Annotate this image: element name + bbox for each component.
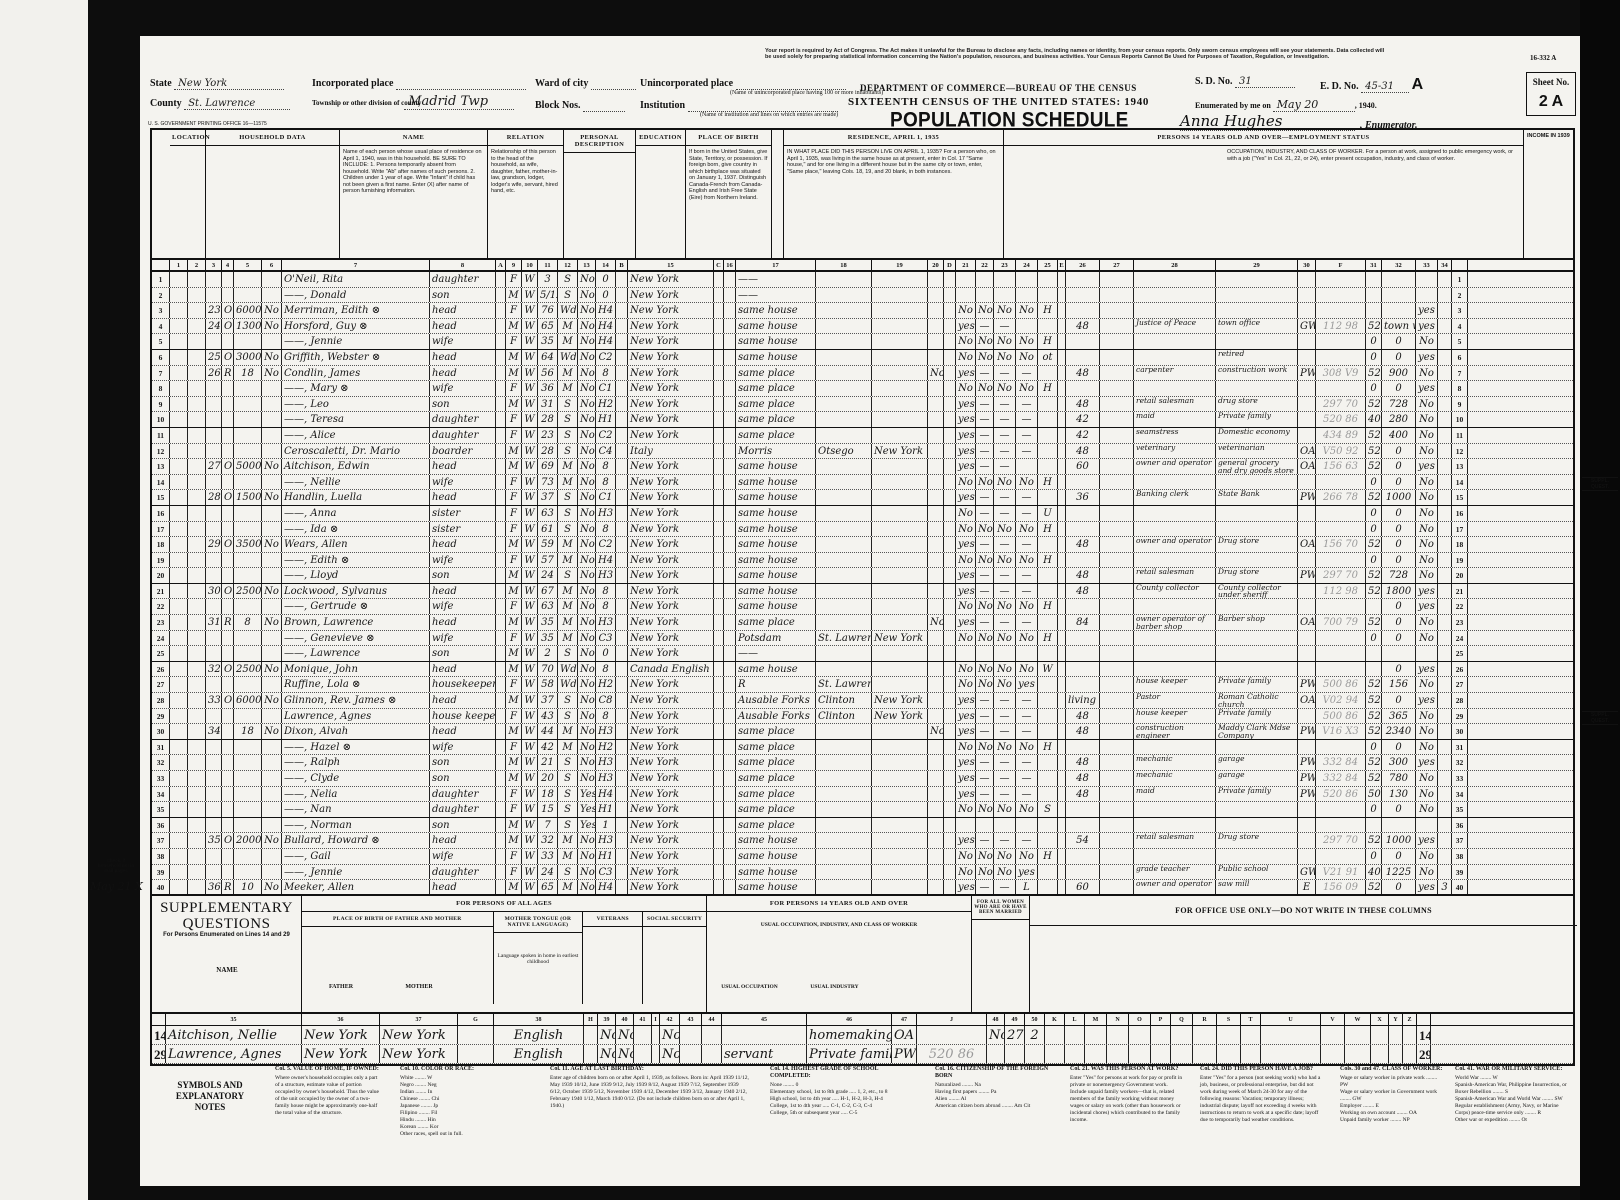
cell-line: 18 <box>1452 537 1468 552</box>
cell-house <box>188 880 206 895</box>
table-row: 9——, LeosonMW31SNoH2New Yorksame placeye… <box>152 397 1573 413</box>
cell-street <box>170 537 188 552</box>
cell-cit <box>724 833 736 848</box>
cell-cit <box>724 631 736 646</box>
cell-line: 4 <box>152 319 170 334</box>
cell-line: 17 <box>152 522 170 537</box>
cell-w22: — <box>976 459 994 474</box>
cell-name: Lockwood, Sylvanus <box>282 584 430 599</box>
cell-codeB <box>616 880 628 895</box>
cell-farm <box>262 475 282 490</box>
cell-sex: M <box>506 880 522 895</box>
cell-marital: S <box>558 397 578 412</box>
cell-codeD <box>944 459 956 474</box>
cell-cit <box>724 381 736 396</box>
column-number: 32 <box>1382 260 1416 270</box>
cell-farmsched <box>1438 802 1452 817</box>
cell-marital: S <box>558 428 578 443</box>
cell-hh: 30 <box>206 584 222 599</box>
cell-w21: No <box>956 506 976 521</box>
cell-line: 5 <box>1452 334 1468 349</box>
cell-name: Handlin, Luella <box>282 490 430 505</box>
cell-hh <box>206 740 222 755</box>
cell-wages: 0 <box>1382 553 1416 568</box>
cell-w25 <box>1038 677 1058 692</box>
cell-value <box>234 849 262 864</box>
cell-race: W <box>522 490 538 505</box>
supp-column-number: W <box>1345 1014 1371 1025</box>
cell-resplace: same house <box>736 490 816 505</box>
cell-w25 <box>1038 288 1058 303</box>
table-row: 39——, JenniedaughterFW24SNoC3New Yorksam… <box>152 865 1573 881</box>
cell-house <box>188 818 206 833</box>
cell-farmsched <box>1438 833 1452 848</box>
cell-industry: saw mill <box>1216 880 1298 895</box>
cell-house <box>188 444 206 459</box>
column-number: 10 <box>522 260 538 270</box>
cell-race: W <box>522 288 538 303</box>
cell-marital: M <box>558 599 578 614</box>
cell-w22: — <box>976 490 994 505</box>
cell-name: Merriman, Edith ⊗ <box>282 303 430 318</box>
cell-hours: 48 <box>1066 366 1100 381</box>
cell-codeC <box>714 475 724 490</box>
cell-street <box>170 662 188 677</box>
cell-codeA <box>496 350 506 365</box>
cell-race: W <box>522 709 538 724</box>
cell-age: 35 <box>538 334 558 349</box>
cell-house <box>188 599 206 614</box>
supp-cell-c39: No <box>598 1045 616 1063</box>
cell-w24 <box>1016 272 1038 287</box>
cell-hours <box>1066 272 1100 287</box>
cell-resfarm <box>928 771 944 786</box>
cell-school: Yes <box>578 818 596 833</box>
supp-cell-w <box>1345 1026 1371 1044</box>
cell-weeks: 52 <box>1366 880 1382 895</box>
column-number: 29 <box>1216 260 1298 270</box>
cell-industry <box>1216 818 1298 833</box>
cell-race: W <box>522 615 538 630</box>
scan-margin-left <box>0 0 88 1200</box>
cell-farm <box>262 771 282 786</box>
cell-marital: Wd <box>558 350 578 365</box>
cell-w24: — <box>1016 833 1038 848</box>
cell-hours: 48 <box>1066 787 1100 802</box>
cell-codeA <box>496 615 506 630</box>
cell-age: 18 <box>538 787 558 802</box>
county-value: St. Lawrence <box>184 98 290 110</box>
cell-house <box>188 381 206 396</box>
cell-line: 23 <box>152 615 170 630</box>
cell-rescounty <box>816 303 872 318</box>
cell-w24: No <box>1016 350 1038 365</box>
cell-dur <box>1100 397 1134 412</box>
cell-weeks <box>1366 818 1382 833</box>
supp-column-number: Q <box>1171 1014 1193 1025</box>
cell-dur <box>1100 615 1134 630</box>
cell-farmsched <box>1438 818 1452 833</box>
cell-relation: wife <box>430 599 496 614</box>
cell-relation: head <box>430 662 496 677</box>
supp-cell-c49: 27 <box>1005 1026 1025 1044</box>
cell-line: 36 <box>152 818 170 833</box>
cell-occupation: retail salesman <box>1134 833 1216 848</box>
cell-codeE <box>1058 553 1066 568</box>
cell-age: 20 <box>538 771 558 786</box>
cell-w23: — <box>994 724 1016 739</box>
cell-relation: wife <box>430 631 496 646</box>
cell-class <box>1298 818 1316 833</box>
supp-cell-usualclass: OA <box>892 1026 917 1044</box>
cell-otherincome: yes <box>1416 350 1438 365</box>
cell-resfarm <box>928 334 944 349</box>
cell-otherincome: yes <box>1416 662 1438 677</box>
cell-house <box>188 755 206 770</box>
header-household: HOUSEHOLD DATA <box>206 130 340 260</box>
cell-relation: wife <box>430 475 496 490</box>
cell-marital: M <box>558 459 578 474</box>
cell-occupation <box>1134 350 1216 365</box>
cell-w21: No <box>956 631 976 646</box>
table-row: 424O1300NoHorsford, Guy ⊗headMW65MNoH4Ne… <box>152 319 1573 335</box>
cell-grade: C3 <box>596 865 616 880</box>
cell-weeks: 0 <box>1366 381 1382 396</box>
cell-w24: No <box>1016 631 1038 646</box>
cell-farmsched <box>1438 397 1452 412</box>
cell-name: Horsford, Guy ⊗ <box>282 319 430 334</box>
cell-hh: 27 <box>206 459 222 474</box>
cell-w22 <box>976 288 994 303</box>
cell-w22: No <box>976 599 994 614</box>
cell-w23: No <box>994 865 1016 880</box>
cell-line: 32 <box>152 755 170 770</box>
cell-farm <box>262 288 282 303</box>
supp-cell-v <box>1321 1026 1345 1044</box>
cell-own: R <box>222 615 234 630</box>
table-row: 2833O6000NoGlinnon, Rev. James ⊗headMW37… <box>152 693 1573 709</box>
cell-dur <box>1100 771 1134 786</box>
supp-column-number: 47 <box>892 1014 917 1025</box>
cell-weeks: 52 <box>1366 568 1382 583</box>
cell-rescounty <box>816 288 872 303</box>
cell-marital: S <box>558 646 578 661</box>
cell-w23: — <box>994 833 1016 848</box>
cell-w23: No <box>994 662 1016 677</box>
cell-codeC <box>714 381 724 396</box>
cell-own: O <box>222 693 234 708</box>
cell-name: ——, Jennie <box>282 334 430 349</box>
cell-industry: Private family <box>1216 787 1298 802</box>
note-col14: Col. 14. HIGHEST GRADE OF SCHOOL COMPLET… <box>770 1066 920 1117</box>
cell-w21: No <box>956 865 976 880</box>
cell-dur <box>1100 459 1134 474</box>
cell-relation: boarder <box>430 444 496 459</box>
cell-resstate <box>872 740 928 755</box>
cell-relation: son <box>430 771 496 786</box>
cell-resstate <box>872 522 928 537</box>
cell-resstate <box>872 475 928 490</box>
cell-farm <box>262 740 282 755</box>
cell-farmsched <box>1438 334 1452 349</box>
cell-rescounty <box>816 615 872 630</box>
cell-codeE <box>1058 319 1066 334</box>
supp-column-number: 48 <box>987 1014 1005 1025</box>
cell-dur <box>1100 818 1134 833</box>
cell-resstate <box>872 334 928 349</box>
cell-industry <box>1216 740 1298 755</box>
supp-cell-o <box>1129 1026 1151 1044</box>
cell-wages: 130 <box>1382 787 1416 802</box>
supp-cell-codeg <box>458 1045 494 1063</box>
cell-value <box>234 272 262 287</box>
cell-relation: son <box>430 755 496 770</box>
cell-farm <box>262 334 282 349</box>
cell-industry: Private family <box>1216 412 1298 427</box>
cell-w22: No <box>976 662 994 677</box>
cell-line: 2 <box>152 288 170 303</box>
cell-wages: 156 <box>1382 677 1416 692</box>
cell-age: 56 <box>538 366 558 381</box>
cell-grade: C2 <box>596 428 616 443</box>
cell-rescounty <box>816 319 872 334</box>
cell-code: 308 V9 <box>1316 366 1366 381</box>
cell-sex: M <box>506 771 522 786</box>
cell-code: 112 98 <box>1316 584 1366 599</box>
cell-code: 266 78 <box>1316 490 1366 505</box>
cell-code <box>1316 288 1366 303</box>
cell-name: ——, Nan <box>282 802 430 817</box>
cell-industry <box>1216 522 1298 537</box>
cell-birthplace: New York <box>628 412 714 427</box>
cell-race: W <box>522 350 538 365</box>
cell-w23: — <box>994 412 1016 427</box>
cell-weeks: 52 <box>1366 490 1382 505</box>
cell-weeks <box>1366 288 1382 303</box>
cell-hours <box>1066 662 1100 677</box>
household-check-note: Check, if household not in mail pages <box>96 858 136 873</box>
cell-own <box>222 677 234 692</box>
column-number: 13 <box>578 260 596 270</box>
cell-codeE <box>1058 693 1066 708</box>
cell-codeB <box>616 818 628 833</box>
cell-code: 156 70 <box>1316 537 1366 552</box>
cell-dur <box>1100 802 1134 817</box>
cell-school: Yes <box>578 802 596 817</box>
cell-resstate <box>872 849 928 864</box>
cell-occupation: maid <box>1134 412 1216 427</box>
enumerated-date: May 20 <box>1273 98 1355 112</box>
cell-own <box>222 428 234 443</box>
enumerated-date-field: Enumerated by me on May 20, 1940. <box>1195 98 1377 112</box>
cell-class <box>1298 522 1316 537</box>
cell-w25 <box>1038 444 1058 459</box>
cell-occupation: house keeper <box>1134 677 1216 692</box>
cell-w22: — <box>976 724 994 739</box>
cell-sex: M <box>506 693 522 708</box>
cell-birthplace: New York <box>628 693 714 708</box>
cell-wages: 1000 <box>1382 833 1416 848</box>
cell-grade: C8 <box>596 693 616 708</box>
cell-dur <box>1100 677 1134 692</box>
cell-codeB <box>616 833 628 848</box>
cell-w23: — <box>994 319 1016 334</box>
cell-rescounty <box>816 397 872 412</box>
supp-all-ages: FOR PERSONS OF ALL AGES PLACE OF BIRTH O… <box>302 896 707 1012</box>
cell-own <box>222 522 234 537</box>
cell-age: 35 <box>538 615 558 630</box>
cell-occupation <box>1134 506 1216 521</box>
cell-dur <box>1100 755 1134 770</box>
cell-wages <box>1382 288 1416 303</box>
cell-class <box>1298 802 1316 817</box>
supp-column-number: T <box>1241 1014 1261 1025</box>
supp-cell-c49 <box>1005 1045 1025 1063</box>
cell-weeks: 0 <box>1366 350 1382 365</box>
cell-age: 69 <box>538 459 558 474</box>
cell-industry: Drug store <box>1216 833 1298 848</box>
cell-birthplace: New York <box>628 631 714 646</box>
cell-w21: No <box>956 849 976 864</box>
cell-class: GW <box>1298 865 1316 880</box>
supp-cell-c40: No <box>616 1045 634 1063</box>
cell-dur <box>1100 865 1134 880</box>
cell-line: 2 <box>1452 288 1468 303</box>
cell-otherincome: No <box>1416 444 1438 459</box>
cell-street <box>170 366 188 381</box>
cell-wages: 300 <box>1382 755 1416 770</box>
cell-w22: — <box>976 787 994 802</box>
cell-w25 <box>1038 412 1058 427</box>
cell-otherincome: No <box>1416 787 1438 802</box>
cell-grade: 8 <box>596 459 616 474</box>
cell-codeD <box>944 412 956 427</box>
supp-cell-c42: No <box>660 1026 680 1044</box>
cell-codeB <box>616 755 628 770</box>
cell-race: W <box>522 599 538 614</box>
cell-resplace: same place <box>736 615 816 630</box>
cell-street <box>170 724 188 739</box>
cell-w21: yes <box>956 833 976 848</box>
cell-codeA <box>496 818 506 833</box>
column-number: 5 <box>234 260 262 270</box>
supp-title-box: SUPPLEMENTARY QUESTIONS For Persons Enum… <box>152 896 302 1012</box>
form-code: 16-332 A <box>1530 54 1556 62</box>
cell-codeB <box>616 475 628 490</box>
cell-line: 37 <box>152 833 170 848</box>
cell-codeE <box>1058 381 1066 396</box>
cell-race: W <box>522 412 538 427</box>
cell-cit <box>724 412 736 427</box>
cell-farmsched <box>1438 428 1452 443</box>
cell-farmsched <box>1438 584 1452 599</box>
cell-hours <box>1066 381 1100 396</box>
cell-line: 36 <box>1452 818 1468 833</box>
cell-rescounty <box>816 802 872 817</box>
cell-codeE <box>1058 522 1066 537</box>
cell-name: O'Neil, Rita <box>282 272 430 287</box>
cell-age: 3 <box>538 272 558 287</box>
cell-farm <box>262 631 282 646</box>
cell-codeC <box>714 459 724 474</box>
cell-resstate <box>872 615 928 630</box>
cell-codeD <box>944 693 956 708</box>
cell-class <box>1298 272 1316 287</box>
column-number: D <box>944 260 956 270</box>
cell-class <box>1298 599 1316 614</box>
cell-own: O <box>222 584 234 599</box>
cell-resstate <box>872 724 928 739</box>
cell-street <box>170 334 188 349</box>
supp-cell-tongue: English <box>494 1026 584 1044</box>
cell-w25: W <box>1038 662 1058 677</box>
cell-codeB <box>616 787 628 802</box>
cell-cit <box>724 350 736 365</box>
cell-w25: H <box>1038 475 1058 490</box>
cell-cit <box>724 584 736 599</box>
cell-name: Ruffine, Lola ⊗ <box>282 677 430 692</box>
cell-line: 11 <box>152 428 170 443</box>
cell-race: W <box>522 787 538 802</box>
cell-street <box>170 553 188 568</box>
supp-column-number: L <box>1065 1014 1085 1025</box>
cell-school: No <box>578 412 596 427</box>
cell-hours <box>1066 599 1100 614</box>
supp-cell-k <box>1045 1026 1065 1044</box>
cell-codeD <box>944 787 956 802</box>
cell-codeA <box>496 865 506 880</box>
cell-cit <box>724 475 736 490</box>
cell-street <box>170 397 188 412</box>
cell-wages: 728 <box>1382 568 1416 583</box>
cell-sex: M <box>506 584 522 599</box>
cell-codeE <box>1058 490 1066 505</box>
cell-resfarm <box>928 272 944 287</box>
cell-line: 27 <box>1452 677 1468 692</box>
cell-industry: retired <box>1216 350 1298 365</box>
cell-hh <box>206 787 222 802</box>
cell-line: 11 <box>1452 428 1468 443</box>
cell-codeC <box>714 490 724 505</box>
cell-race: W <box>522 475 538 490</box>
cell-school: No <box>578 334 596 349</box>
column-number: 4 <box>222 260 234 270</box>
cell-code: 332 84 <box>1316 771 1366 786</box>
cell-w25 <box>1038 724 1058 739</box>
cell-class <box>1298 646 1316 661</box>
cell-rescounty <box>816 787 872 802</box>
cell-w23: No <box>994 303 1016 318</box>
cell-birthplace: New York <box>628 865 714 880</box>
cell-w21: No <box>956 553 976 568</box>
cell-line: 23 <box>1452 615 1468 630</box>
cell-own <box>222 506 234 521</box>
cell-codeE <box>1058 334 1066 349</box>
cell-w23: — <box>994 693 1016 708</box>
cell-line: 32 <box>1452 755 1468 770</box>
cell-codeB <box>616 412 628 427</box>
cell-industry: construction work <box>1216 366 1298 381</box>
supp-cell-x <box>1371 1026 1389 1044</box>
cell-w23: — <box>994 709 1016 724</box>
cell-class <box>1298 475 1316 490</box>
cell-industry: Drug store <box>1216 537 1298 552</box>
cell-code: 156 63 <box>1316 459 1366 474</box>
cell-class <box>1298 412 1316 427</box>
cell-otherincome: yes <box>1416 381 1438 396</box>
cell-line: 34 <box>152 787 170 802</box>
cell-birthplace: New York <box>628 522 714 537</box>
